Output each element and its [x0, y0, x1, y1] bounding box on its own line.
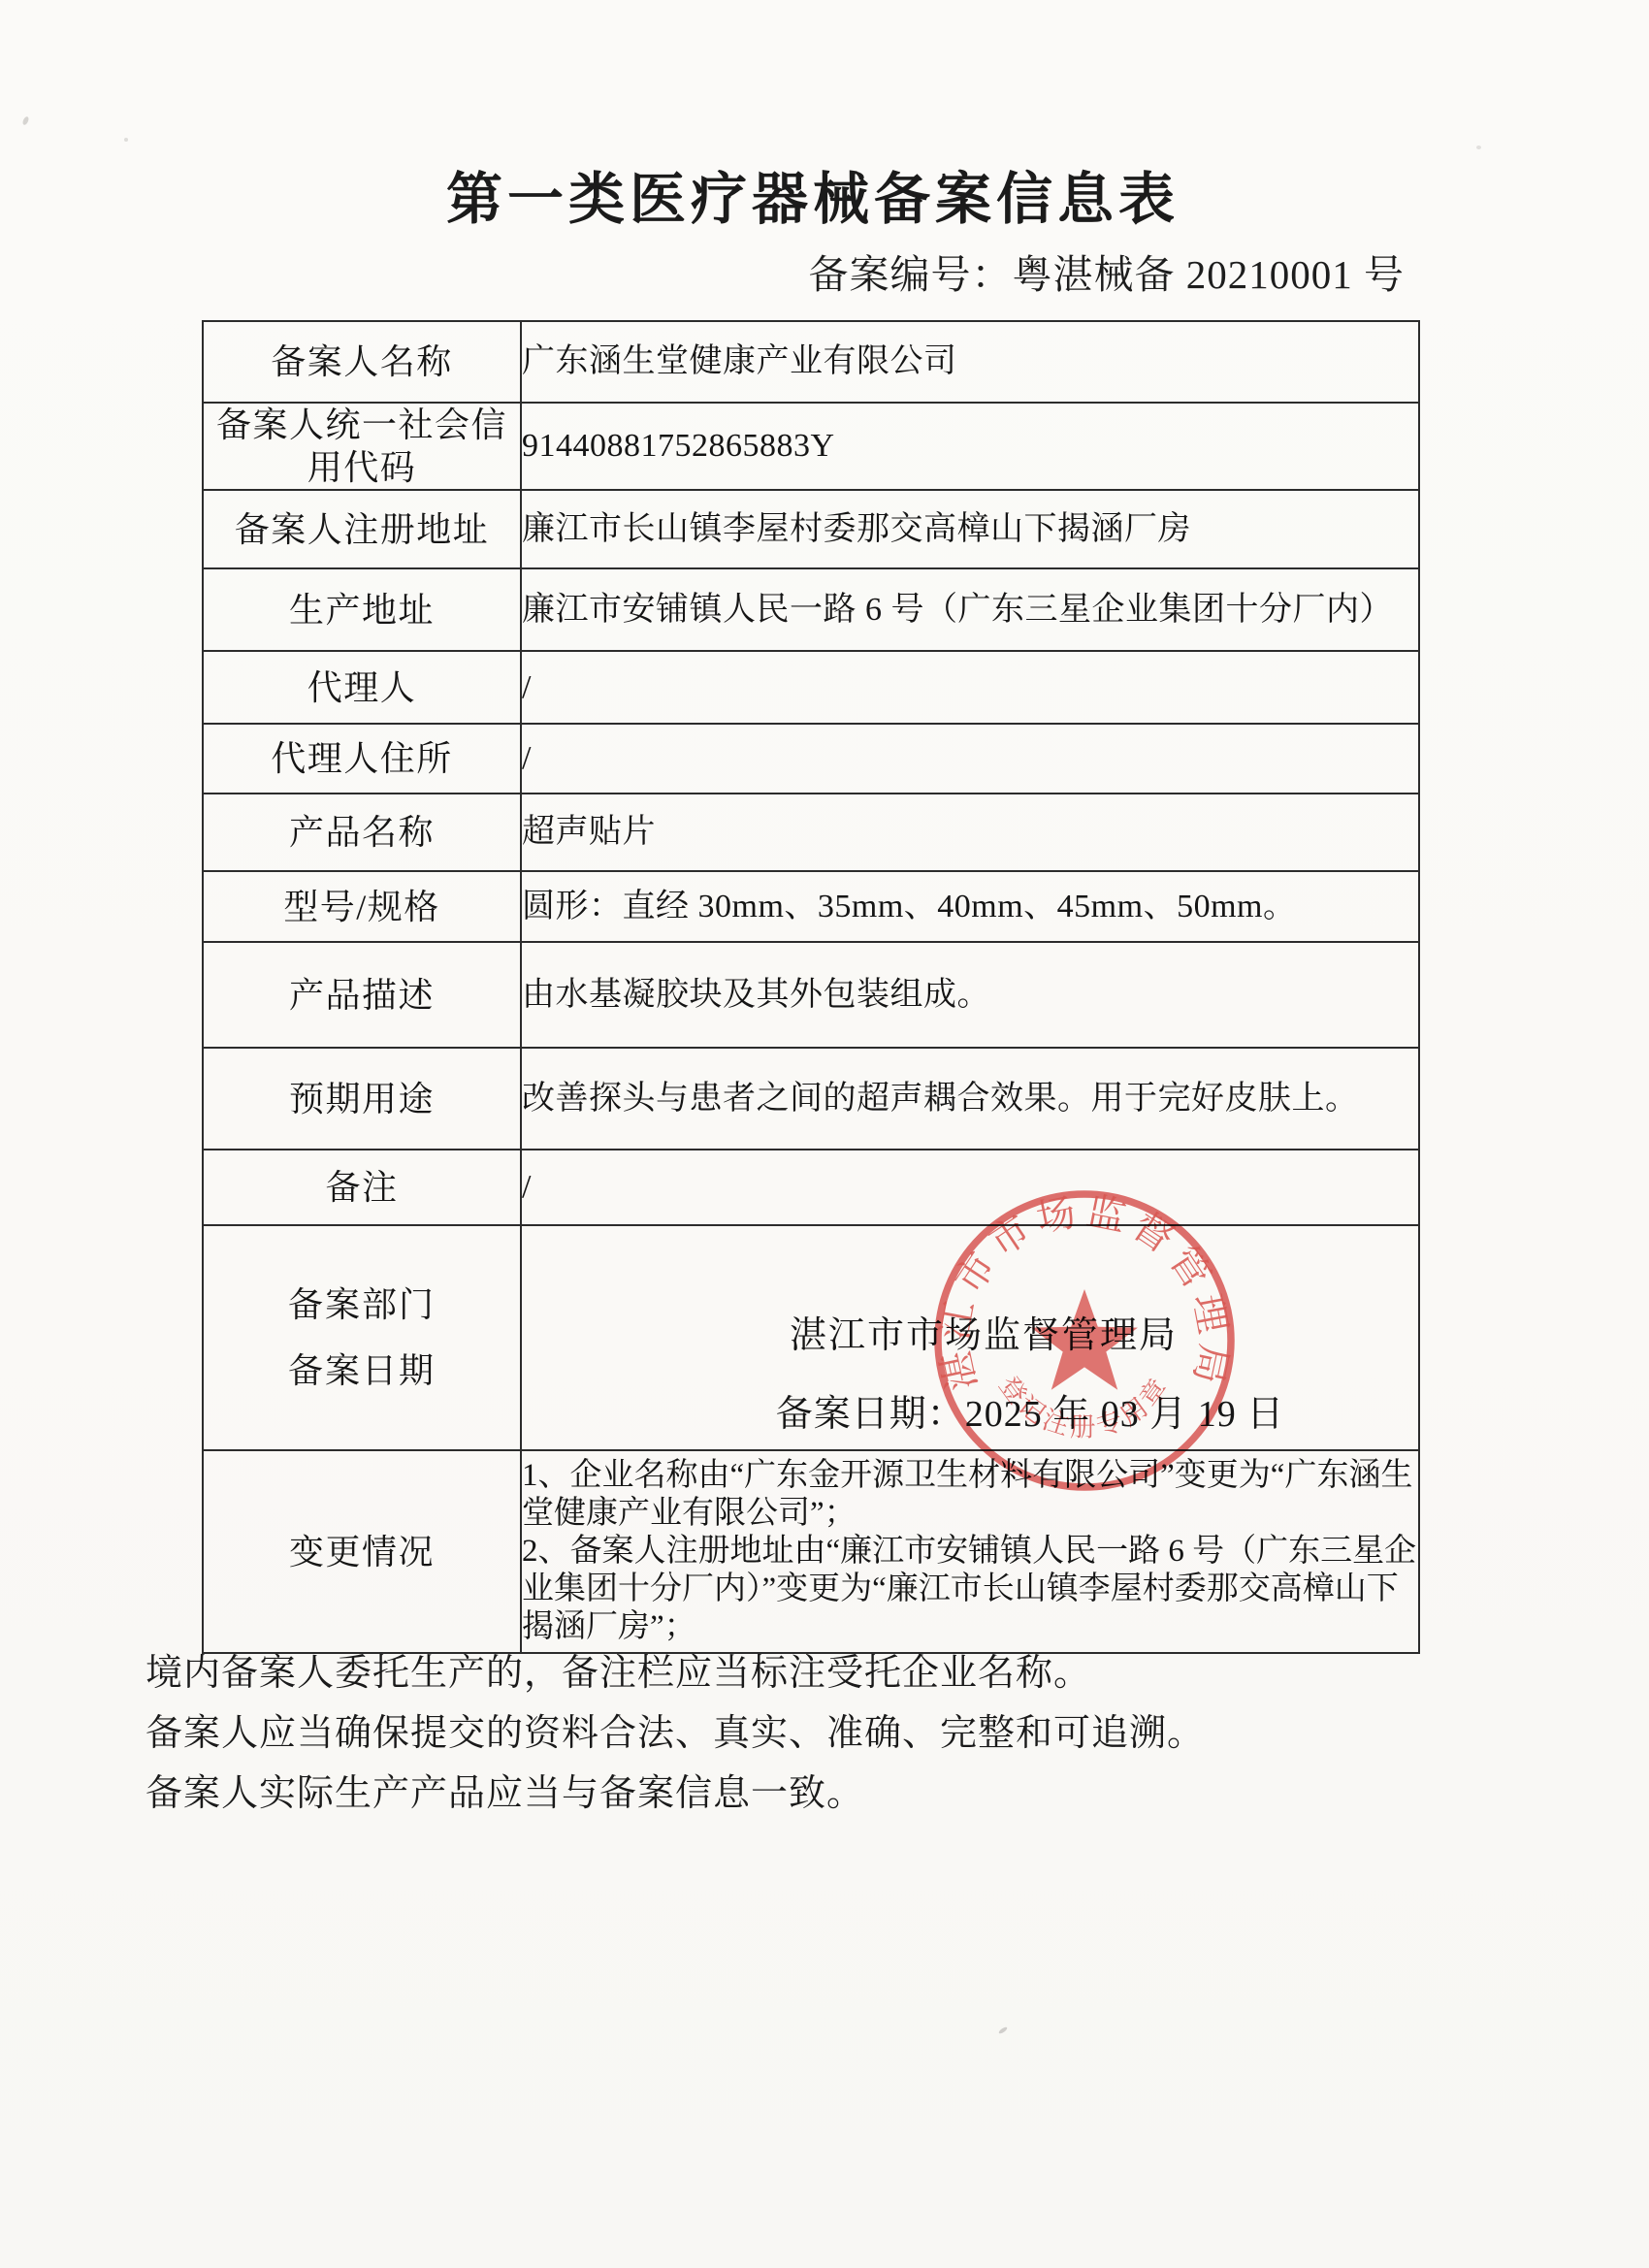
- table-row: 备案人统一社会信用代码 91440881752865883Y: [203, 403, 1419, 490]
- row-label: 备案部门 备案日期: [203, 1225, 521, 1450]
- row-value: 超声贴片: [521, 794, 1419, 871]
- row-value: 改善探头与患者之间的超声耦合效果。用于完好皮肤上。: [521, 1048, 1419, 1150]
- row-label: 产品描述: [203, 942, 521, 1048]
- row-label: 代理人: [203, 651, 521, 724]
- table-row: 备注 /: [203, 1150, 1419, 1225]
- row-label: 产品名称: [203, 794, 521, 871]
- filing-table: 备案人名称 广东涵生堂健康产业有限公司 备案人统一社会信用代码 91440881…: [202, 320, 1420, 1654]
- table-row: 生产地址 廉江市安铺镇人民一路 6 号（广东三星企业集团十分厂内）: [203, 568, 1419, 651]
- row-label: 型号/规格: [203, 871, 521, 942]
- row-label: 生产地址: [203, 568, 521, 651]
- footer-notes: 境内备案人委托生产的，备注栏应当标注受托企业名称。 备案人应当确保提交的资料合法…: [145, 1643, 1503, 1824]
- footer-note: 备案人实际生产产品应当与备案信息一致。: [145, 1764, 1503, 1824]
- row-value: 圆形：直经 30mm、35mm、40mm、45mm、50mm。: [521, 871, 1419, 942]
- table-row: 预期用途 改善探头与患者之间的超声耦合效果。用于完好皮肤上。: [203, 1048, 1419, 1150]
- scan-speck: [124, 138, 128, 142]
- row-label: 变更情况: [203, 1450, 521, 1653]
- row-label: 预期用途: [203, 1048, 521, 1150]
- row-value: 由水基凝胶块及其外包装组成。: [521, 942, 1419, 1048]
- row-value: 91440881752865883Y: [521, 403, 1419, 490]
- filing-date: 备案日期：2025 年 03 月 19 日: [582, 1393, 1478, 1436]
- registration-number: 备案编号：粤湛械备 20210001 号: [809, 250, 1406, 299]
- row-value: 廉江市安铺镇人民一路 6 号（广东三星企业集团十分厂内）: [521, 568, 1419, 651]
- table-row: 产品名称 超声贴片: [203, 794, 1419, 871]
- page-title: 第一类医疗器械备案信息表: [0, 167, 1626, 231]
- row-value: /: [521, 1150, 1419, 1225]
- row-value: 广东涵生堂健康产业有限公司: [521, 321, 1419, 403]
- table-row: 型号/规格 圆形：直经 30mm、35mm、40mm、45mm、50mm。: [203, 871, 1419, 942]
- row-value: 廉江市长山镇李屋村委那交高樟山下揭涵厂房: [521, 490, 1419, 568]
- row-value: 湛江市市场监督管理局 备案日期：2025 年 03 月 19 日: [521, 1225, 1419, 1450]
- scan-speck: [21, 115, 29, 125]
- row-value: /: [521, 724, 1419, 794]
- table-row: 代理人 /: [203, 651, 1419, 724]
- row-label: 备注: [203, 1150, 521, 1225]
- change-info-row: 变更情况 1、企业名称由“广东金开源卫生材料有限公司”变更为“广东涵生堂健康产业…: [203, 1450, 1419, 1653]
- row-value: 1、企业名称由“广东金开源卫生材料有限公司”变更为“广东涵生堂健康产业有限公司”…: [521, 1450, 1419, 1653]
- row-label: 备案人统一社会信用代码: [203, 403, 521, 490]
- footer-note: 备案人应当确保提交的资料合法、真实、准确、完整和可追溯。: [145, 1703, 1503, 1764]
- scan-speck: [998, 2025, 1008, 2034]
- table-row: 产品描述 由水基凝胶块及其外包装组成。: [203, 942, 1419, 1048]
- row-label: 备案人名称: [203, 321, 521, 403]
- row-value: /: [521, 651, 1419, 724]
- filing-department: 湛江市市场监督管理局: [535, 1314, 1432, 1357]
- filing-department-row: 备案部门 备案日期 湛江市市场监督管理局 备案日期：2025 年 03 月 19…: [203, 1225, 1419, 1450]
- table-row: 备案人名称 广东涵生堂健康产业有限公司: [203, 321, 1419, 403]
- scanned-document-page: 第一类医疗器械备案信息表 备案编号：粤湛械备 20210001 号 备案人名称 …: [0, 0, 1649, 2268]
- table-row: 代理人住所 /: [203, 724, 1419, 794]
- scan-speck: [1476, 146, 1481, 149]
- row-label: 代理人住所: [203, 724, 521, 794]
- footer-note: 境内备案人委托生产的，备注栏应当标注受托企业名称。: [145, 1643, 1503, 1703]
- table-row: 备案人注册地址 廉江市长山镇李屋村委那交高樟山下揭涵厂房: [203, 490, 1419, 568]
- row-label: 备案人注册地址: [203, 490, 521, 568]
